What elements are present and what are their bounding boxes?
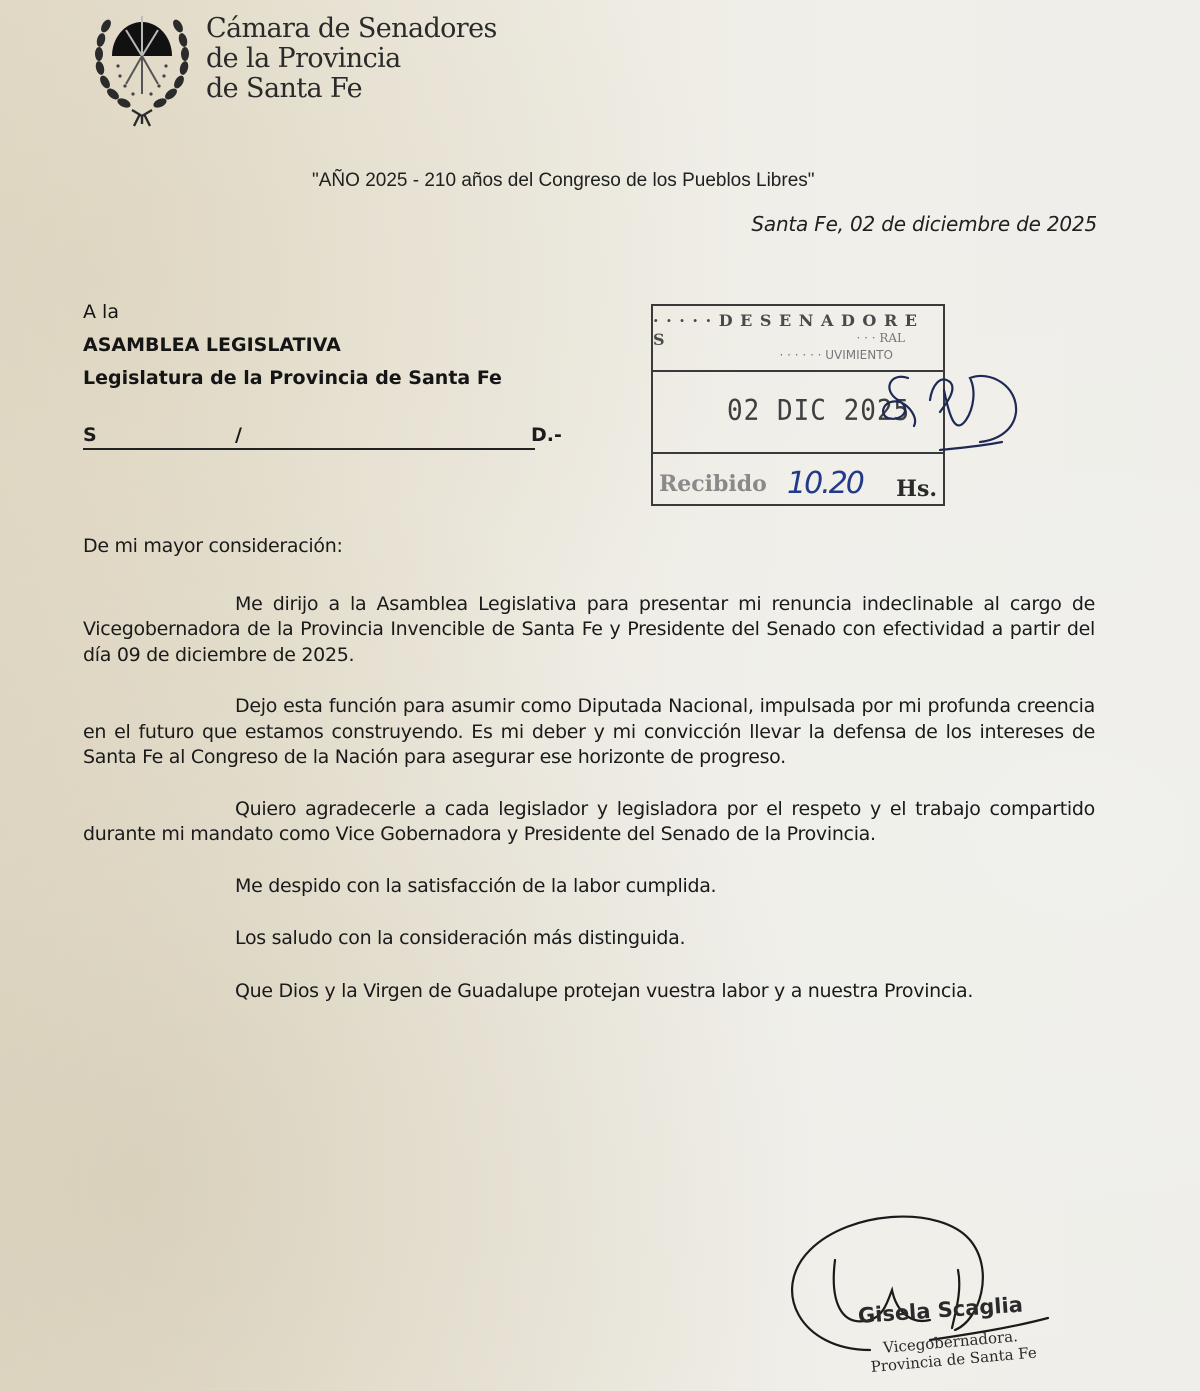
institution-line: de Santa Fe [206,74,497,104]
year-motto: "AÑO 2025 - 210 años del Congreso de los… [312,170,815,192]
stamp-received-label: Recibido [659,471,767,497]
sd-underline [83,448,535,450]
date-line: Santa Fe, 02 de diciembre de 2025 [751,212,1097,236]
salutation: De mi mayor consideración: [83,534,1095,560]
body-paragraph: Me dirijo a la Asamblea Legislativa para… [83,592,1095,669]
letter-body: De mi mayor consideración: Me dirijo a l… [83,534,1095,1031]
institution-name: Cámara de Senadores de la Provincia de S… [206,14,497,104]
addressee-line-2: Legislatura de la Provincia de Santa Fe [83,362,502,395]
stamp-received-time: 10.20 [787,466,863,501]
closing-line: Me despido con la satisfacción de la lab… [83,874,1095,900]
institution-line: Cámara de Senadores [206,14,497,44]
stamp-hours-suffix: Hs. [896,476,937,502]
closing-line: Que Dios y la Virgen de Guadalupe protej… [83,979,1095,1005]
institution-line: de la Provincia [206,44,497,74]
sd-slash: / [235,424,242,446]
addressee-prefix: A la [83,296,502,329]
sd-left: S [83,424,97,446]
body-paragraph: Dejo esta función para asumir como Diput… [83,694,1095,771]
addressee-block: A la ASAMBLEA LEGISLATIVA Legislatura de… [83,296,502,395]
body-paragraph: Quiero agradecerle a cada legislador y l… [83,797,1095,848]
sd-line: S / D.- [83,424,563,454]
addressee-line-1: ASAMBLEA LEGISLATIVA [83,329,502,362]
sd-right: D.- [531,424,562,446]
handwritten-initials-icon [870,360,1030,460]
closing-line: Los saludo con la consideración más dist… [83,926,1095,952]
coat-of-arms-icon [92,4,192,128]
stamp-line-2: · · · RAL [856,331,905,345]
